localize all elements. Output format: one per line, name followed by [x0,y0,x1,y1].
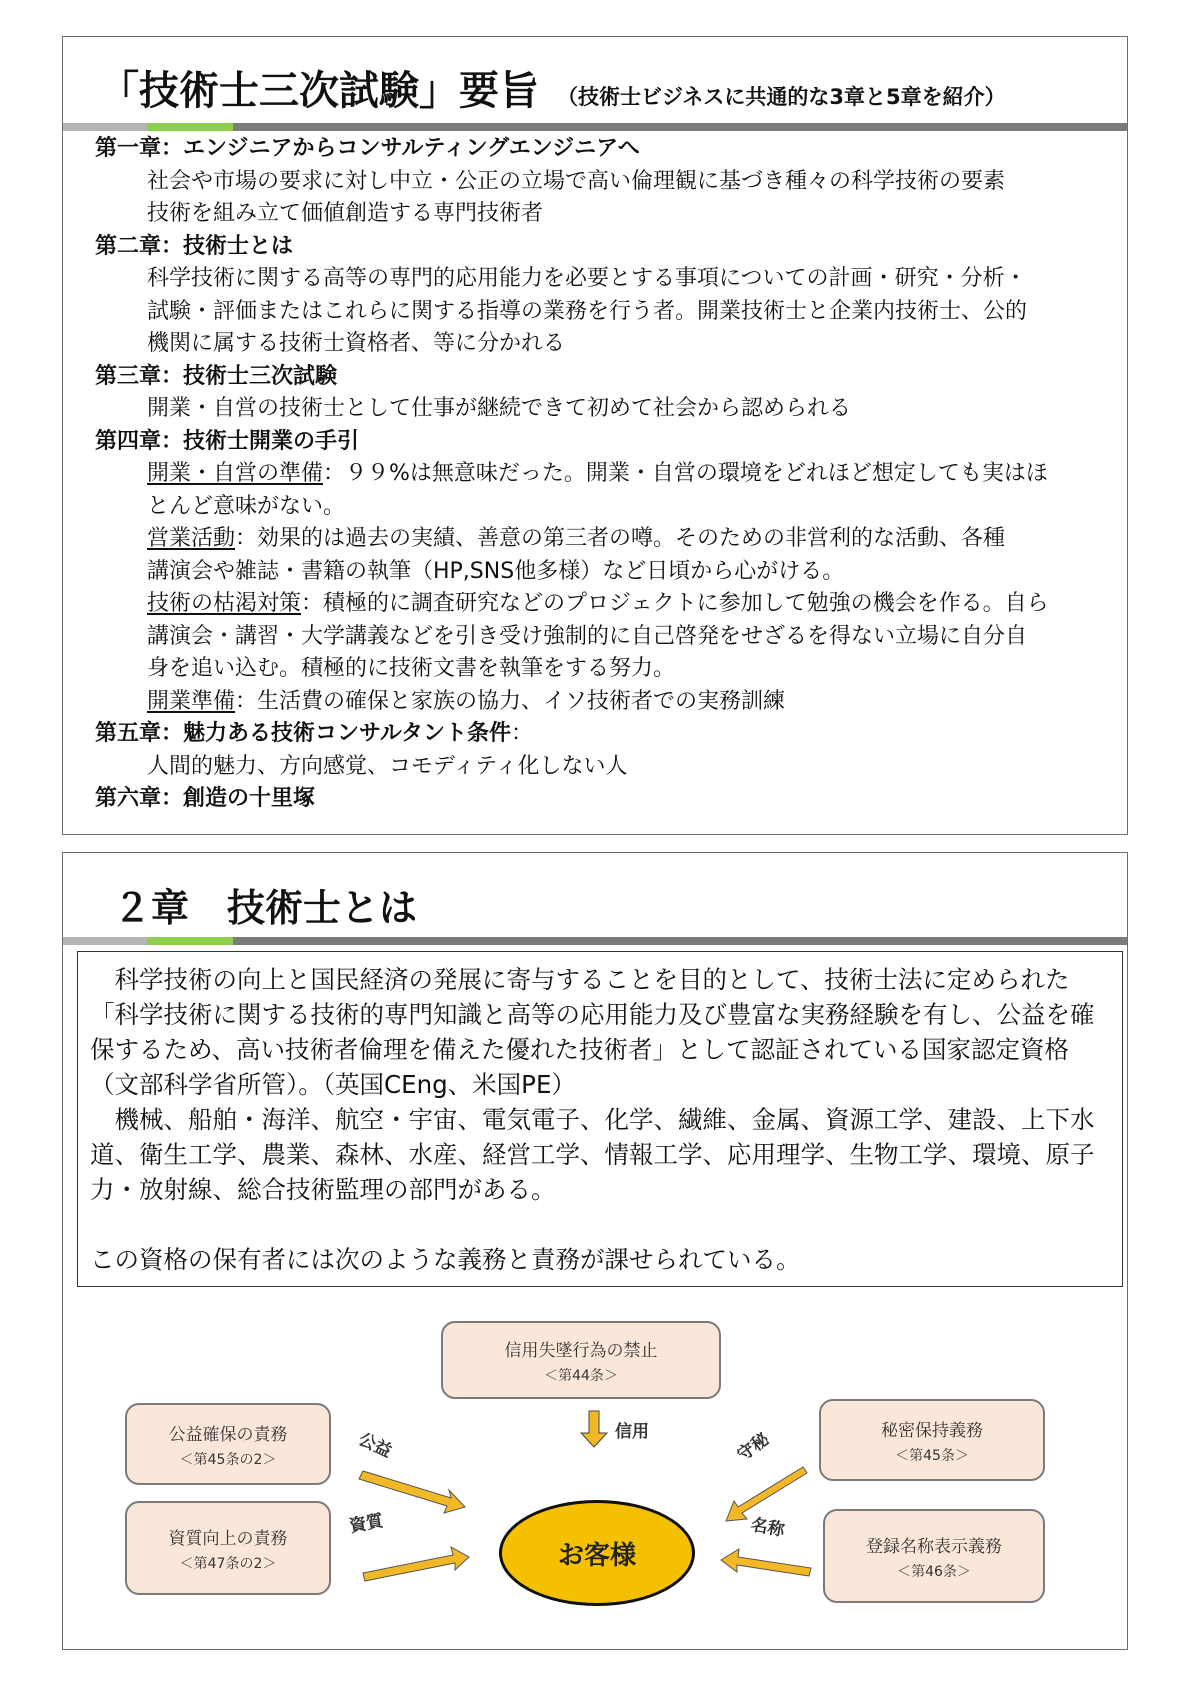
paragraph: 科学技術の向上と国民経済の発展に寄与することを目的として、技術士法に定められた「… [90,962,1110,1102]
duty-article: ＜第45条の2＞ [127,1449,329,1469]
chapter-text: 技術を組み立て価値創造する専門技術者 [95,198,1107,231]
slide-title: ２章 技術士とは [113,877,417,932]
chapter-text: 開業・自営の技術士として仕事が継続できて初めて社会から認められる [95,393,1107,426]
duty-article: ＜第45条＞ [821,1445,1043,1465]
chapter-item: 技術の枯渇対策：積極的に調査研究などのプロジェクトに参加して勉強の機会を作る。自… [95,588,1107,621]
chapter-list: 第一章：エンジニアからコンサルティングエンジニアへ 社会や市場の要求に対し中立・… [95,133,1107,816]
duty-title: 信用失墜行為の禁止 [443,1336,719,1361]
chapter-heading: 第一章：エンジニアからコンサルティングエンジニアへ [95,133,1107,166]
paragraph: この資格の保有者には次のような義務と責務が課せられている。 [90,1242,1110,1277]
chapter-heading: 第二章：技術士とは [95,231,1107,264]
duty-title: 秘密保持義務 [821,1416,1043,1441]
chapter-text: 講演会や雑誌・書籍の執筆（HP,SNS他多様）など日頃から心がける。 [95,556,1107,589]
chapter-heading: 第四章：技術士開業の手引 [95,426,1107,459]
arrow-lower-left-icon [363,1547,469,1581]
item-text: ：積極的に調査研究などのプロジェクトに参加して勉強の機会を作る。自ら [301,591,1049,616]
item-term: 開業・自営の準備 [147,461,323,486]
title-divider [63,937,1127,945]
duty-article: ＜第44条＞ [443,1365,719,1385]
item-text: ：生活費の確保と家族の協力、イソ技術者での実務訓練 [235,689,785,714]
duty-box-upper-right: 秘密保持義務 ＜第45条＞ [819,1399,1045,1481]
chapter-text: 社会や市場の要求に対し中立・公正の立場で高い倫理観に基づき種々の科学技術の要素 [95,166,1107,199]
arrow-lower-right-icon [721,1549,811,1576]
paragraph-spacer [90,1207,1110,1242]
duty-title: 資質向上の責務 [127,1524,329,1549]
duty-box-lower-right: 登録名称表示義務 ＜第46条＞ [823,1509,1045,1603]
chapter-text: 試験・評価またはこれらに関する指導の業務を行う者。開業技術士と企業内技術士、公的 [95,296,1107,329]
chapter-item: 営業活動：効果的は過去の実績、善意の第三者の噂。そのための非営利的な活動、各種 [95,523,1107,556]
chapter-item: 開業準備：生活費の確保と家族の協力、イソ技術者での実務訓練 [95,686,1107,719]
duty-article: ＜第46条＞ [825,1561,1043,1581]
chapter-heading: 第三章：技術士三次試験 [95,361,1107,394]
item-term: 営業活動 [147,526,235,551]
duty-title: 登録名称表示義務 [825,1532,1043,1557]
obligations-diagram: 信用失墜行為の禁止 ＜第44条＞ 信用 公益確保の責務 ＜第45条の2＞ 公益 … [123,1321,1073,1631]
chapter-text: とんど意味がない。 [95,491,1107,524]
duty-box-upper-left: 公益確保の責務 ＜第45条の2＞ [125,1403,331,1485]
duty-title: 公益確保の責務 [127,1420,329,1445]
slide-chapter-2: ２章 技術士とは 科学技術の向上と国民経済の発展に寄与することを目的として、技術… [62,852,1128,1650]
chapter-text: 身を追い込む。積極的に技術文書を執筆をする努力。 [95,653,1107,686]
divider-gray-segment [63,937,147,945]
duty-box-top: 信用失墜行為の禁止 ＜第44条＞ [441,1321,721,1399]
duty-article: ＜第47条の2＞ [127,1553,329,1573]
chapter-text: 機関に属する技術士資格者、等に分かれる [95,328,1107,361]
slide-title-row: ２章 技術士とは [113,877,1127,932]
chapter-heading-row: 第五章：魅力ある技術コンサルタント条件： [95,718,1107,751]
definition-textbox: 科学技術の向上と国民経済の発展に寄与することを目的として、技術士法に定められた「… [77,951,1123,1287]
slide-title: 「技術士三次試験」要旨 [99,59,539,116]
slide-summary: 「技術士三次試験」要旨 （技術士ビジネスに共通的な3章と5章を紹介） 第一章：エ… [62,36,1128,835]
paragraph: 機械、船舶・海洋、航空・宇宙、電気電子、化学、繊維、金属、資源工学、建設、上下水… [90,1102,1110,1207]
divider-green-segment [147,937,233,945]
chapter-heading: 第六章：創造の十里塚 [95,783,1107,816]
item-text: ：効果的は過去の実績、善意の第三者の噂。そのための非営利的な活動、各種 [235,526,1005,551]
title-divider [63,123,1127,131]
duty-box-lower-left: 資質向上の責務 ＜第47条の2＞ [125,1501,331,1595]
item-term: 技術の枯渇対策 [147,591,301,616]
chapter-item: 開業・自営の準備：９９%は無意味だった。開業・自営の環境をどれほど想定しても実は… [95,458,1107,491]
chapter-heading-suffix: ： [511,721,533,746]
chapter-text: 講演会・講習・大学講義などを引き受け強制的に自己啓発をせざるを得ない立場に自分自 [95,621,1107,654]
item-term: 開業準備 [147,689,235,714]
slide-title-row: 「技術士三次試験」要旨 （技術士ビジネスに共通的な3章と5章を紹介） [99,59,1127,116]
chapter-heading: 第五章：魅力ある技術コンサルタント条件 [95,721,511,746]
slide-subtitle: （技術士ビジネスに共通的な3章と5章を紹介） [557,81,1006,111]
customer-label: お客様 [558,1535,636,1572]
arrow-label: 信用 [615,1417,649,1442]
chapter-text: 科学技術に関する高等の専門的応用能力を必要とする事項についての計画・研究・分析・ [95,263,1107,296]
customer-ellipse: お客様 [499,1500,695,1606]
divider-green-segment [147,123,233,131]
chapter-text: 人間的魅力、方向感覚、コモディティ化しない人 [95,751,1107,784]
arrow-down-icon [581,1411,607,1447]
divider-gray-segment [63,123,147,131]
item-text: ：９９%は無意味だった。開業・自営の環境をどれほど想定しても実はほ [323,461,1048,486]
